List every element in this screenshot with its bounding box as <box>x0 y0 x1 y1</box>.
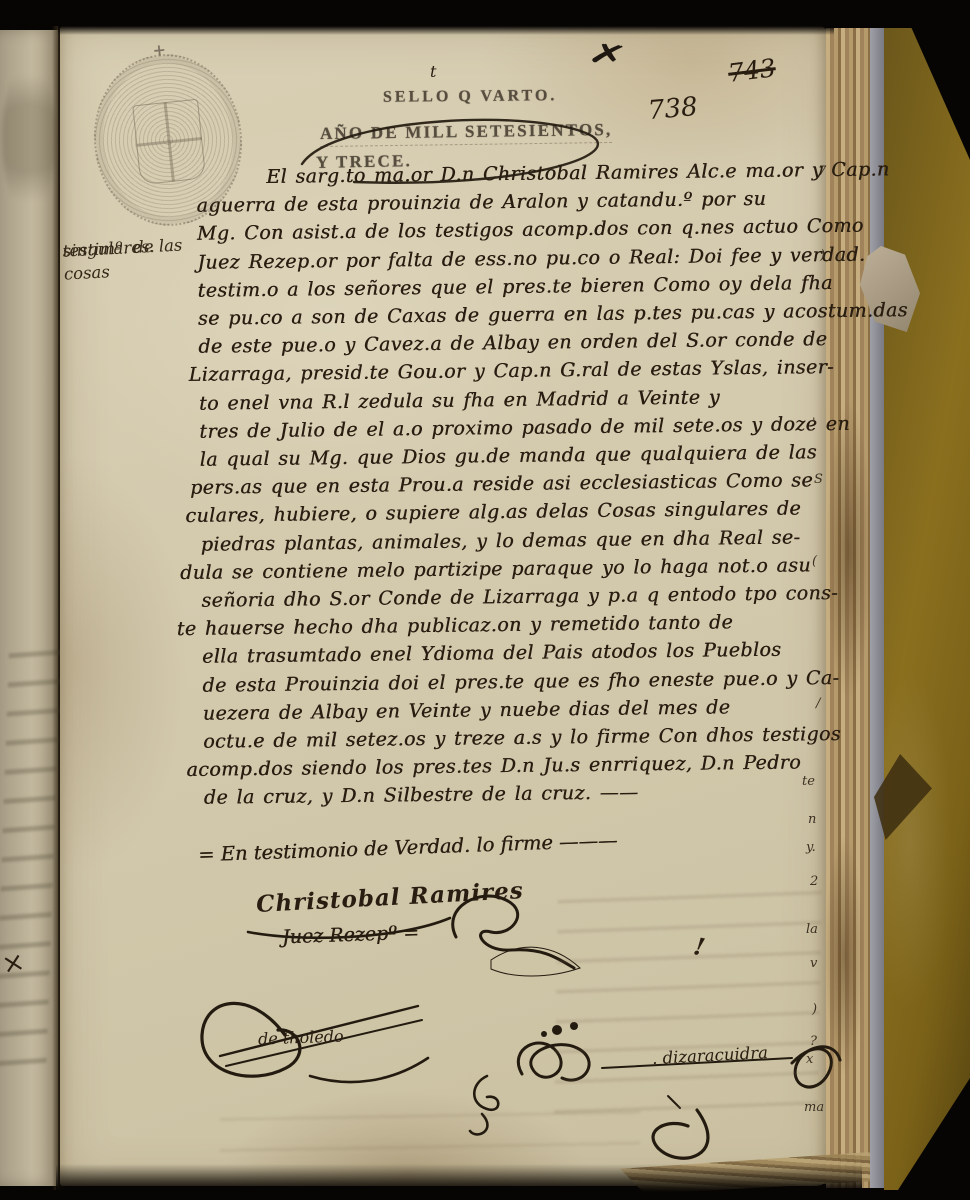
small-ink-mark: t <box>430 62 436 81</box>
manuscript-photograph: × t ✗ SELLO Q VARTO. AÑO DE MILL SETESIE… <box>0 0 970 1200</box>
vellum-cover <box>884 28 970 1190</box>
edge-bleed-mark: ) <box>812 1002 817 1017</box>
ink-stroke <box>310 1058 428 1082</box>
top-edge-shadow <box>58 26 834 35</box>
edge-bleed-mark: ma <box>804 1100 824 1115</box>
edge-bleed-mark: / <box>816 696 820 711</box>
stamp-sello-quarto: SELLO Q VARTO. <box>383 87 558 107</box>
margin-note-line: singulares. <box>62 235 155 263</box>
folio-number: 738 <box>647 92 699 126</box>
edge-bleed-mark: ( <box>812 554 817 569</box>
edge-bleed-mark: S <box>814 472 823 487</box>
edge-bleed-mark: 7 <box>818 164 826 179</box>
edge-bleed-mark: y. <box>806 840 816 855</box>
edge-bleed-mark: 2 <box>810 874 818 889</box>
ink-blot <box>541 1031 547 1037</box>
bottom-edge-shadow <box>56 1164 862 1200</box>
edge-bleed-mark: ) <box>820 248 825 263</box>
edge-bleed-mark: x <box>806 1052 813 1067</box>
manuscript-body: El sarg.to ma.or D.n Christobal Ramires … <box>181 156 839 813</box>
seal-cross-icon: + <box>152 40 167 60</box>
rubric-signature-left-name: de tholedo <box>258 1027 344 1049</box>
edge-bleed-mark: te <box>802 774 815 789</box>
text-show-through-bottom <box>220 1090 640 1160</box>
edge-bleed-mark: ? <box>810 1034 817 1049</box>
edge-bleed-mark: v <box>810 956 817 971</box>
edge-bleed-mark: la <box>806 922 818 937</box>
folio-number-crossed-out: 743 <box>726 53 777 88</box>
ink-flourish-mark: ✗ <box>585 35 630 74</box>
seal-show-through <box>2 58 56 218</box>
edge-bleed-mark: ' <box>812 416 816 431</box>
edge-bleed-mark: n <box>808 812 816 827</box>
